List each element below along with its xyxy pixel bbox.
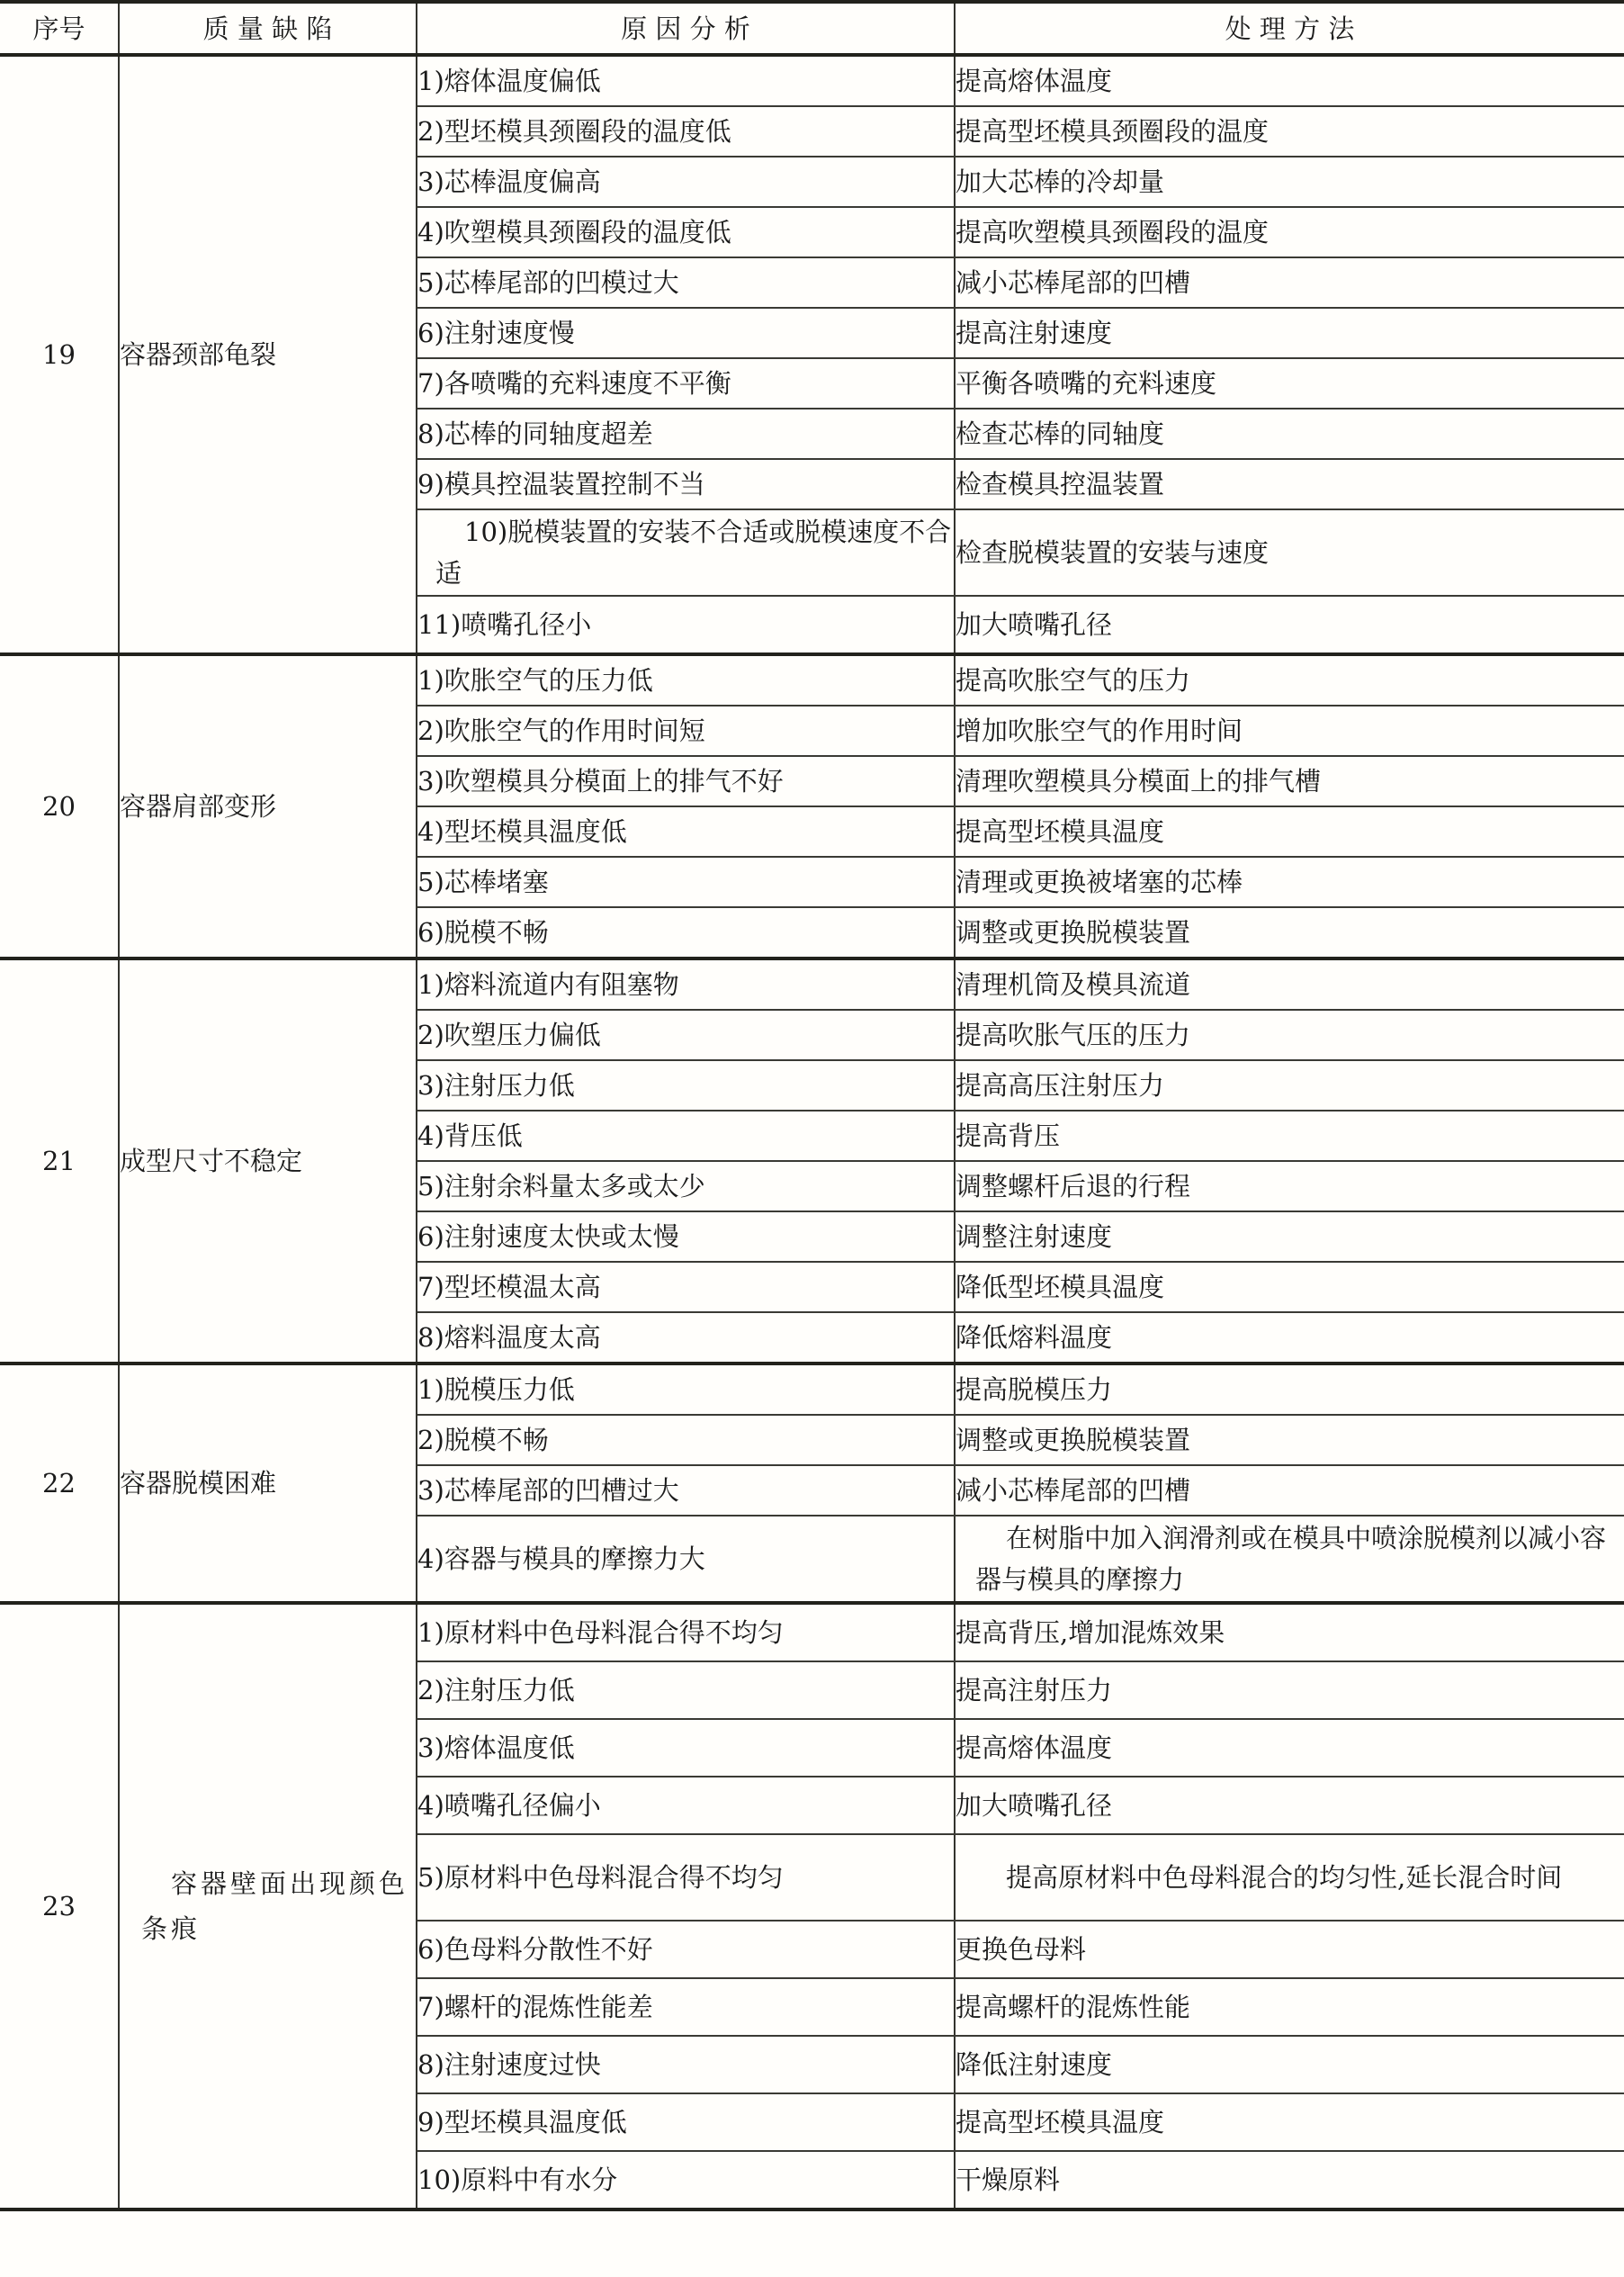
solution-cell: 清理机筒及模具流道 [955, 958, 1624, 1010]
group-number: 22 [0, 1363, 119, 1603]
solution-cell: 加大芯棒的冷却量 [955, 157, 1624, 207]
cause-cell: 6)注射速度太快或太慢 [417, 1211, 955, 1262]
defect-name: 容器壁面出现颜色条痕 [119, 1603, 417, 2209]
cause-cell: 1)原材料中色母料混合得不均匀 [417, 1603, 955, 1661]
cause-cell: 10)脱模装置的安装不合适或脱模速度不合适 [417, 509, 955, 596]
defect-name: 成型尺寸不稳定 [119, 958, 417, 1363]
header-row: 序号 质 量 缺 陷 原 因 分 析 处 理 方 法 [0, 2, 1624, 55]
cause-cell: 7)型坯模温太高 [417, 1262, 955, 1312]
solution-cell: 调整注射速度 [955, 1211, 1624, 1262]
group-number: 19 [0, 55, 119, 654]
solution-cell: 干燥原料 [955, 2151, 1624, 2209]
cause-cell: 1)脱模压力低 [417, 1363, 955, 1415]
cause-cell: 6)注射速度慢 [417, 308, 955, 358]
cause-cell: 2)型坯模具颈圈段的温度低 [417, 106, 955, 157]
solution-cell: 提高熔体温度 [955, 55, 1624, 106]
cause-cell: 4)喷嘴孔径偏小 [417, 1777, 955, 1834]
cause-cell: 8)熔料温度太高 [417, 1312, 955, 1363]
solution-cell: 调整或更换脱模装置 [955, 1415, 1624, 1465]
table-row: 19 容器颈部龟裂 1)熔体温度偏低 提高熔体温度 [0, 55, 1624, 106]
solution-cell: 调整螺杆后退的行程 [955, 1161, 1624, 1211]
cause-cell: 5)原材料中色母料混合得不均匀 [417, 1834, 955, 1921]
cause-cell: 3)熔体温度低 [417, 1719, 955, 1777]
cause-cell: 8)芯棒的同轴度超差 [417, 409, 955, 459]
table-row: 22 容器脱模困难 1)脱模压力低 提高脱模压力 [0, 1363, 1624, 1415]
cause-cell: 7)各喷嘴的充料速度不平衡 [417, 358, 955, 409]
solution-cell: 提高吹塑模具颈圈段的温度 [955, 207, 1624, 257]
header-cause: 原 因 分 析 [417, 2, 955, 55]
solution-cell: 减小芯棒尾部的凹槽 [955, 1465, 1624, 1516]
defect-table: 序号 质 量 缺 陷 原 因 分 析 处 理 方 法 19 容器颈部龟裂 1)熔… [0, 0, 1624, 2211]
solution-cell: 提高型坯模具颈圈段的温度 [955, 106, 1624, 157]
solution-cell: 减小芯棒尾部的凹槽 [955, 257, 1624, 308]
solution-cell: 提高吹胀气压的压力 [955, 1010, 1624, 1060]
defect-name: 容器肩部变形 [119, 654, 417, 958]
group-number: 23 [0, 1603, 119, 2209]
solution-cell: 检查脱模装置的安装与速度 [955, 509, 1624, 596]
cause-cell: 2)注射压力低 [417, 1661, 955, 1719]
solution-cell: 提高型坯模具温度 [955, 806, 1624, 857]
solution-cell: 提高注射速度 [955, 308, 1624, 358]
defect-name: 容器颈部龟裂 [119, 55, 417, 654]
cause-cell: 10)原料中有水分 [417, 2151, 955, 2209]
cause-cell: 2)吹塑压力偏低 [417, 1010, 955, 1060]
cause-cell: 1)熔料流道内有阻塞物 [417, 958, 955, 1010]
solution-cell: 更换色母料 [955, 1921, 1624, 1978]
cause-cell: 4)型坯模具温度低 [417, 806, 955, 857]
cause-cell: 9)模具控温装置控制不当 [417, 459, 955, 509]
solution-cell: 平衡各喷嘴的充料速度 [955, 358, 1624, 409]
solution-cell: 加大喷嘴孔径 [955, 596, 1624, 654]
table-row: 20 容器肩部变形 1)吹胀空气的压力低 提高吹胀空气的压力 [0, 654, 1624, 706]
solution-cell: 提高原材料中色母料混合的均匀性,延长混合时间 [955, 1834, 1624, 1921]
solution-cell: 提高熔体温度 [955, 1719, 1624, 1777]
cause-cell: 3)芯棒尾部的凹槽过大 [417, 1465, 955, 1516]
table-body: 19 容器颈部龟裂 1)熔体温度偏低 提高熔体温度 2)型坯模具颈圈段的温度低 … [0, 55, 1624, 2209]
header-number: 序号 [0, 2, 119, 55]
group-number: 20 [0, 654, 119, 958]
solution-cell: 降低熔料温度 [955, 1312, 1624, 1363]
solution-cell: 清理吹塑模具分模面上的排气槽 [955, 756, 1624, 806]
cause-cell: 5)芯棒尾部的凹模过大 [417, 257, 955, 308]
cause-cell: 4)容器与模具的摩擦力大 [417, 1516, 955, 1603]
table-row: 21 成型尺寸不稳定 1)熔料流道内有阻塞物 清理机筒及模具流道 [0, 958, 1624, 1010]
defect-name: 容器脱模困难 [119, 1363, 417, 1603]
solution-cell: 检查模具控温装置 [955, 459, 1624, 509]
solution-cell: 提高注射压力 [955, 1661, 1624, 1719]
solution-cell: 提高背压,增加混炼效果 [955, 1603, 1624, 1661]
solution-cell: 提高脱模压力 [955, 1363, 1624, 1415]
group-number: 21 [0, 958, 119, 1363]
cause-cell: 6)色母料分散性不好 [417, 1921, 955, 1978]
table-row: 23 容器壁面出现颜色条痕 1)原材料中色母料混合得不均匀 提高背压,增加混炼效… [0, 1603, 1624, 1661]
solution-cell: 提高吹胀空气的压力 [955, 654, 1624, 706]
solution-cell: 清理或更换被堵塞的芯棒 [955, 857, 1624, 907]
solution-cell: 调整或更换脱模装置 [955, 907, 1624, 958]
header-solution: 处 理 方 法 [955, 2, 1624, 55]
cause-cell: 1)吹胀空气的压力低 [417, 654, 955, 706]
solution-cell: 检查芯棒的同轴度 [955, 409, 1624, 459]
table-header: 序号 质 量 缺 陷 原 因 分 析 处 理 方 法 [0, 2, 1624, 55]
cause-cell: 7)螺杆的混炼性能差 [417, 1978, 955, 2036]
solution-cell: 提高背压 [955, 1111, 1624, 1161]
solution-cell: 增加吹胀空气的作用时间 [955, 706, 1624, 756]
header-defect: 质 量 缺 陷 [119, 2, 417, 55]
cause-cell: 3)注射压力低 [417, 1060, 955, 1111]
solution-cell: 提高型坯模具温度 [955, 2093, 1624, 2151]
cause-cell: 2)吹胀空气的作用时间短 [417, 706, 955, 756]
cause-cell: 3)吹塑模具分模面上的排气不好 [417, 756, 955, 806]
cause-cell: 4)背压低 [417, 1111, 955, 1161]
cause-cell: 2)脱模不畅 [417, 1415, 955, 1465]
cause-cell: 6)脱模不畅 [417, 907, 955, 958]
cause-cell: 3)芯棒温度偏高 [417, 157, 955, 207]
solution-cell: 提高高压注射压力 [955, 1060, 1624, 1111]
cause-cell: 4)吹塑模具颈圈段的温度低 [417, 207, 955, 257]
cause-cell: 5)注射余料量太多或太少 [417, 1161, 955, 1211]
solution-cell: 在树脂中加入润滑剂或在模具中喷涂脱模剂以减小容器与模具的摩擦力 [955, 1516, 1624, 1603]
solution-cell: 降低注射速度 [955, 2036, 1624, 2093]
solution-cell: 降低型坯模具温度 [955, 1262, 1624, 1312]
cause-cell: 8)注射速度过快 [417, 2036, 955, 2093]
cause-cell: 9)型坯模具温度低 [417, 2093, 955, 2151]
cause-cell: 1)熔体温度偏低 [417, 55, 955, 106]
cause-cell: 11)喷嘴孔径小 [417, 596, 955, 654]
solution-cell: 加大喷嘴孔径 [955, 1777, 1624, 1834]
solution-cell: 提高螺杆的混炼性能 [955, 1978, 1624, 2036]
cause-cell: 5)芯棒堵塞 [417, 857, 955, 907]
